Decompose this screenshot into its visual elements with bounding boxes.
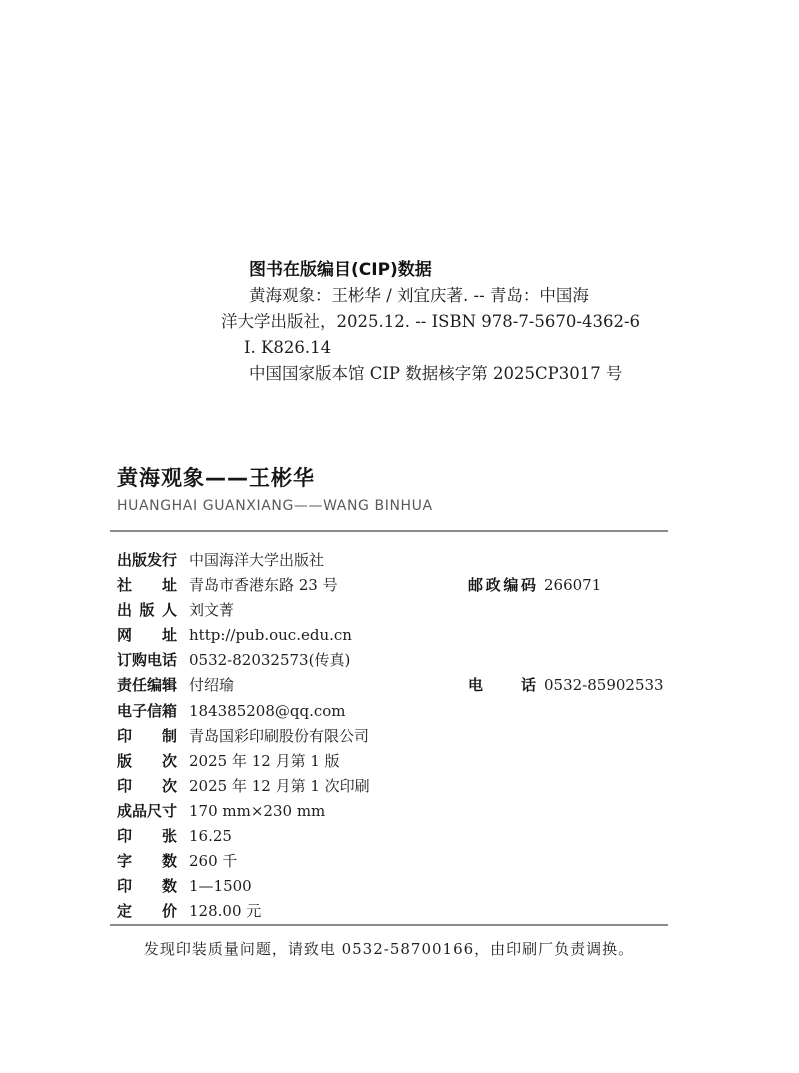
phone-field: 电话0532-85902533	[468, 674, 664, 695]
row-label: 责任编辑	[117, 674, 177, 695]
row-label: 印制	[117, 725, 177, 746]
row-value: 中国海洋大学出版社	[189, 551, 324, 569]
row-impression: 印次2025 年 12 月第 1 次印刷	[117, 775, 717, 800]
row-order-phone: 订购电话0532-82032573(传真)	[117, 649, 717, 674]
row-label: 版次	[117, 750, 177, 771]
row-label: 印数	[117, 875, 177, 896]
row-size: 成品尺寸170 mm×230 mm	[117, 800, 717, 825]
row-value: 青岛市香港东路 23 号	[189, 576, 338, 594]
postal-code-label: 邮政编码	[468, 574, 536, 595]
row-label: 印张	[117, 825, 177, 846]
book-title: 黄海观象——王彬华	[117, 462, 315, 492]
row-value: 青岛国彩印刷股份有限公司	[189, 727, 369, 745]
row-label: 字数	[117, 850, 177, 871]
quality-notice: 发现印装质量问题，请致电 0532-58700166，由印刷厂负责调换。	[110, 938, 668, 959]
row-value: 128.00 元	[189, 902, 261, 920]
row-value: 260 千	[189, 852, 237, 870]
colophon-table: 出版发行中国海洋大学出版社 社址青岛市香港东路 23 号 邮政编码266071 …	[117, 549, 717, 925]
row-print-run: 印数1—1500	[117, 875, 717, 900]
row-label: 网址	[117, 624, 177, 645]
row-value: 1—1500	[189, 877, 252, 895]
row-editor: 责任编辑付绍瑜 电话0532-85902533	[117, 674, 717, 699]
cip-line-1: 黄海观象：王彬华 / 刘宜庆著. -- 青岛：中国海	[249, 283, 640, 309]
row-word-count: 字数260 千	[117, 850, 717, 875]
row-value: 170 mm×230 mm	[189, 802, 325, 820]
cip-block: 图书在版编目(CIP)数据 黄海观象：王彬华 / 刘宜庆著. -- 青岛：中国海…	[221, 257, 640, 387]
cip-classification: Ⅰ. K826.14	[244, 335, 640, 361]
row-value: http://pub.ouc.edu.cn	[189, 626, 352, 644]
phone-value: 0532-85902533	[544, 676, 664, 694]
title-divider	[110, 530, 668, 532]
row-address: 社址青岛市香港东路 23 号 邮政编码266071	[117, 574, 717, 599]
row-label: 订购电话	[117, 649, 177, 670]
book-title-pinyin: HUANGHAI GUANXIANG——WANG BINHUA	[117, 498, 433, 514]
row-publisher-person: 出版人刘文菁	[117, 599, 717, 624]
row-label: 电子信箱	[117, 700, 177, 721]
phone-label: 电话	[468, 674, 536, 695]
postal-code-field: 邮政编码266071	[468, 574, 601, 595]
cip-heading: 图书在版编目(CIP)数据	[249, 257, 640, 283]
row-label: 定价	[117, 900, 177, 921]
row-value: 2025 年 12 月第 1 次印刷	[189, 777, 370, 795]
row-price: 定价128.00 元	[117, 900, 717, 925]
row-label: 社址	[117, 574, 177, 595]
row-value: 2025 年 12 月第 1 版	[189, 752, 340, 770]
row-publisher: 出版发行中国海洋大学出版社	[117, 549, 717, 574]
row-value: 16.25	[189, 827, 232, 845]
row-edition: 版次2025 年 12 月第 1 版	[117, 750, 717, 775]
imprint-page: 图书在版编目(CIP)数据 黄海观象：王彬华 / 刘宜庆著. -- 青岛：中国海…	[0, 0, 799, 1073]
footer-divider	[110, 924, 668, 926]
row-website: 网址http://pub.ouc.edu.cn	[117, 624, 717, 649]
row-value: 0532-82032573(传真)	[189, 651, 350, 669]
row-value: 184385208@qq.com	[189, 702, 346, 720]
row-value: 付绍瑜	[189, 676, 234, 694]
row-label: 印次	[117, 775, 177, 796]
row-printer: 印制青岛国彩印刷股份有限公司	[117, 725, 717, 750]
cip-registration: 中国国家版本馆 CIP 数据核字第 2025CP3017 号	[249, 361, 640, 387]
row-sheets: 印张16.25	[117, 825, 717, 850]
row-label: 出版发行	[117, 549, 177, 570]
row-email: 电子信箱184385208@qq.com	[117, 700, 717, 725]
row-label: 出版人	[117, 599, 177, 620]
row-label: 成品尺寸	[117, 800, 177, 821]
postal-code-value: 266071	[544, 576, 601, 594]
row-value: 刘文菁	[189, 601, 234, 619]
cip-line-2: 洋大学出版社，2025.12. -- ISBN 978-7-5670-4362-…	[221, 309, 640, 335]
